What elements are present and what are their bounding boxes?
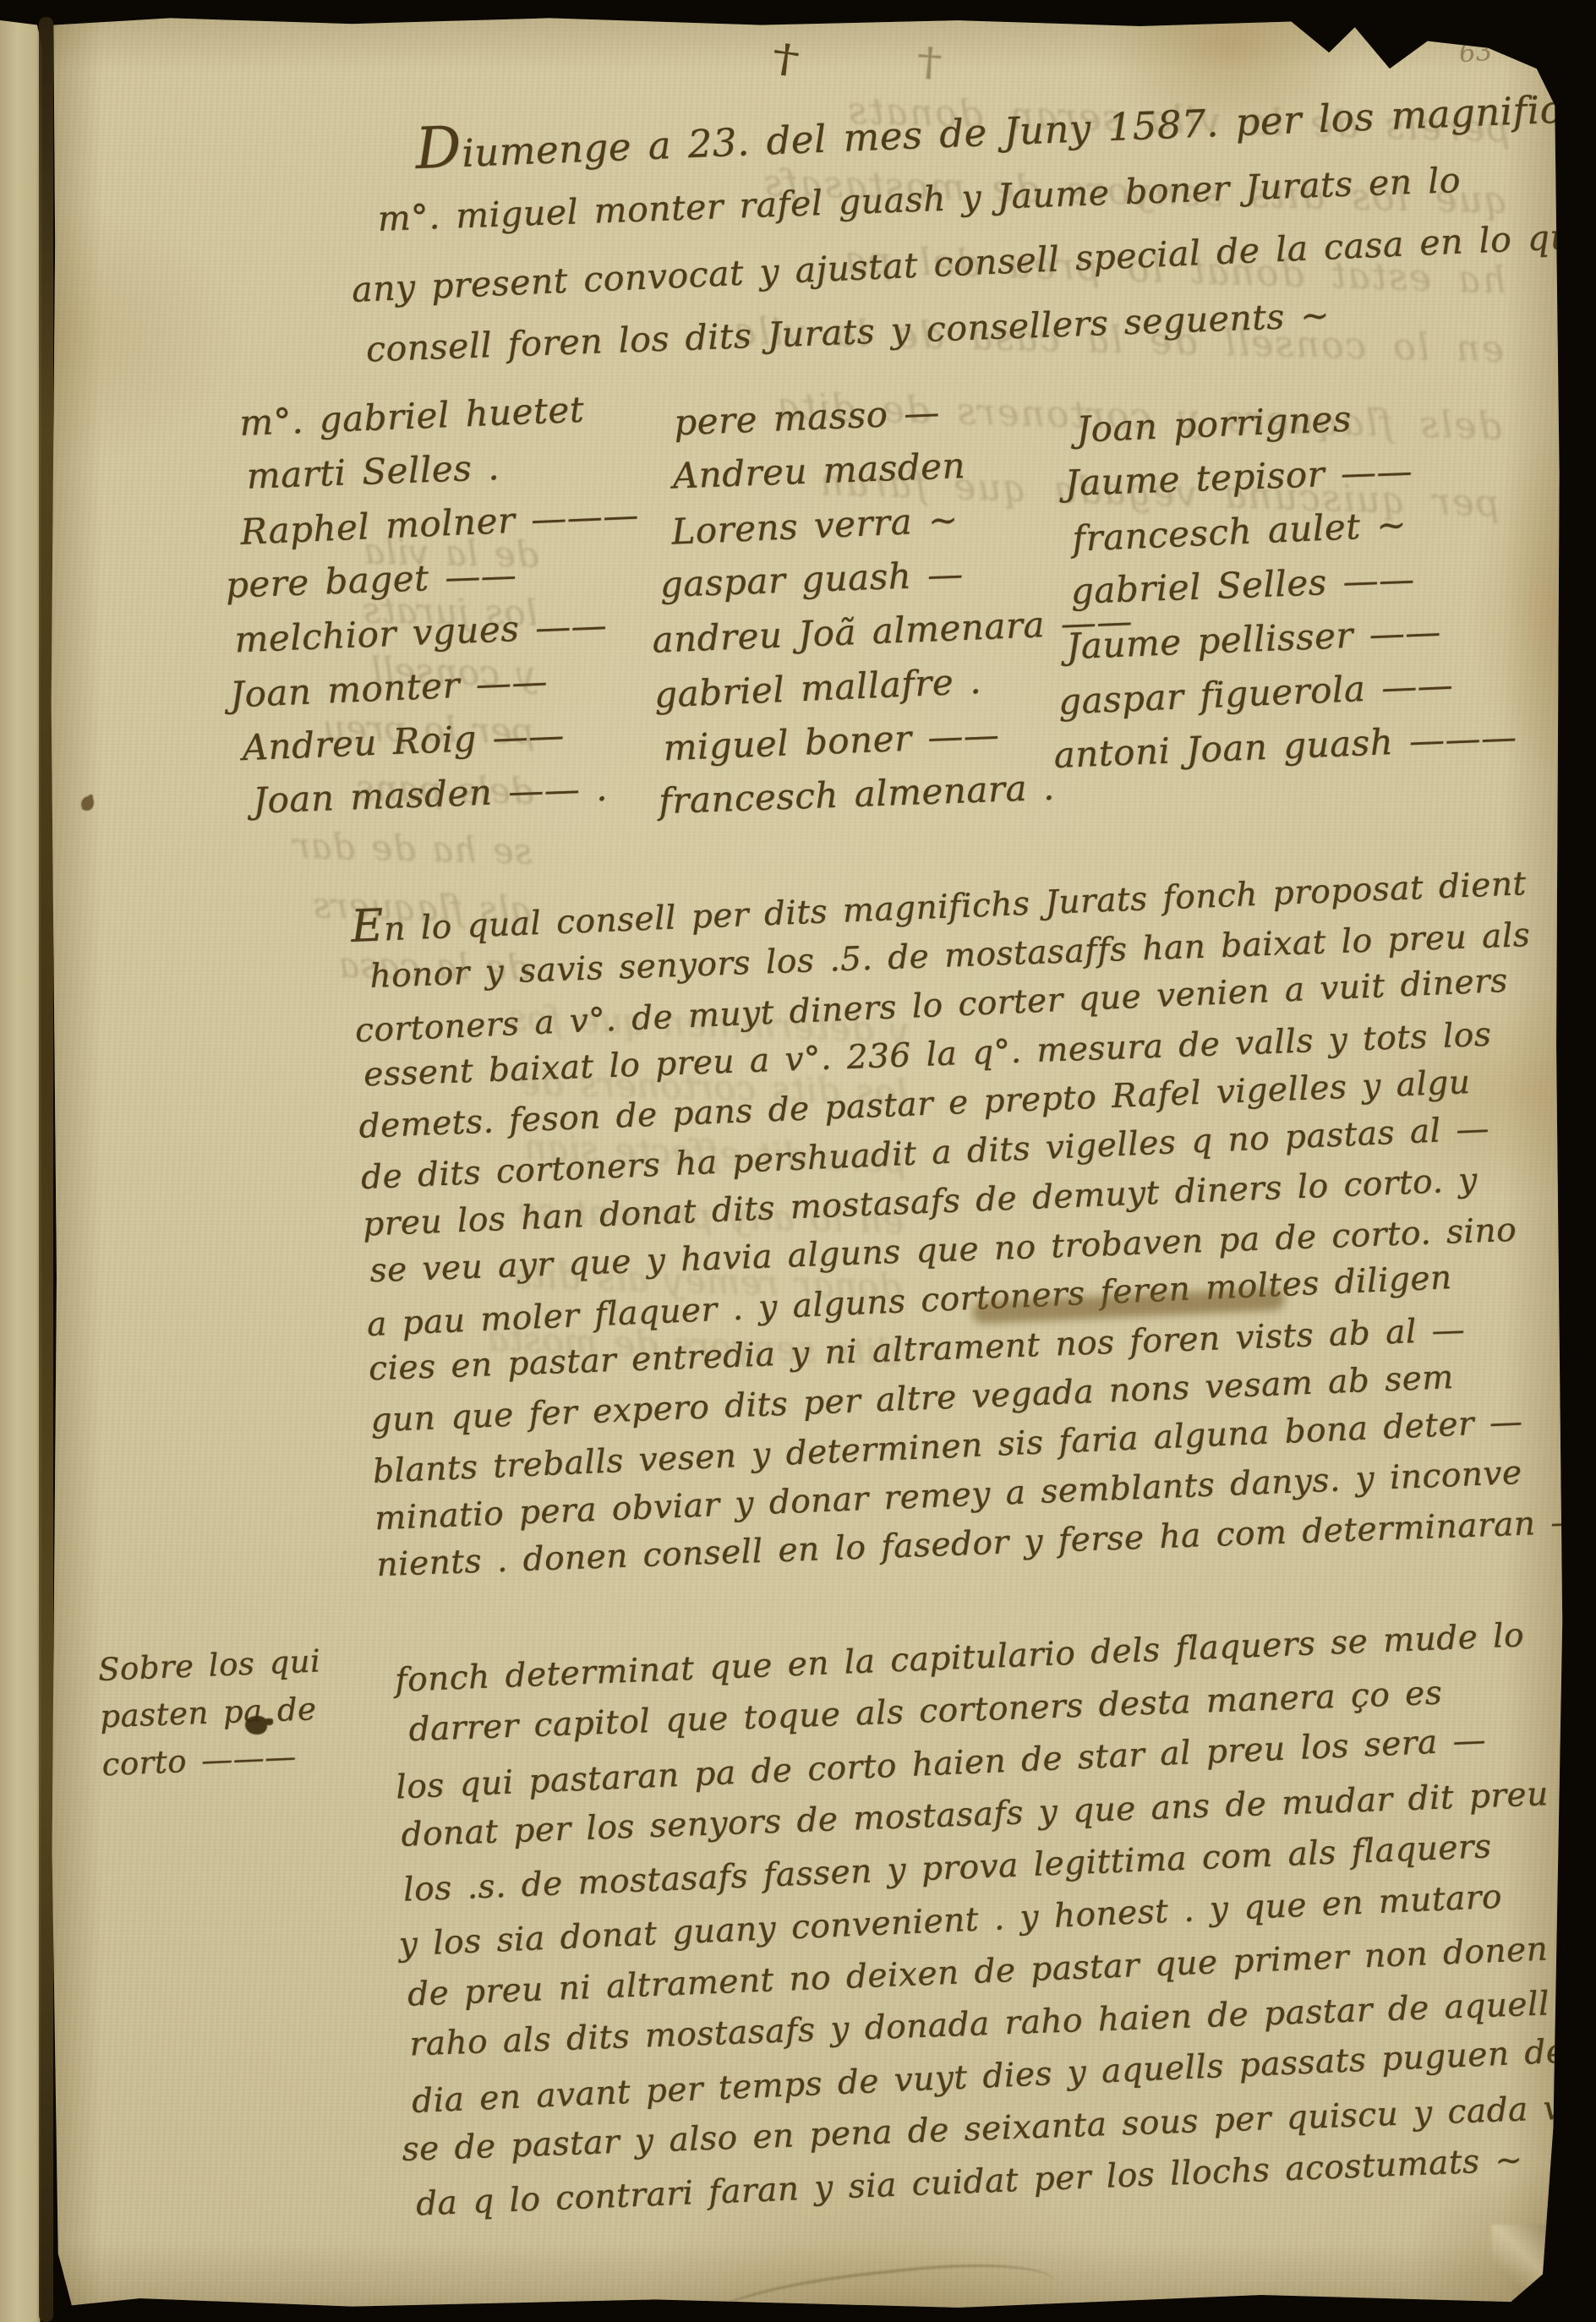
ink-blot [245, 1716, 267, 1735]
margin-note-line: corto ——— [101, 1732, 325, 1789]
margin-note-line: pasten pa de [99, 1685, 323, 1740]
entry-heading: Diumenge a 23. del mes de Juny 1587. per… [355, 68, 1596, 385]
corner-fold [1491, 2225, 1567, 2309]
paper-crease [691, 2254, 1056, 2322]
margin-note: Sobre los qui pasten pa de corto ——— [97, 1637, 325, 1788]
roster-column-1: m°. gabriel huetet marti Selles . Raphel… [218, 380, 651, 829]
roster-column-3: Joan porrignes Jaume tepisor —— francesc… [1048, 385, 1518, 782]
binding-gutter-shadow [39, 17, 53, 2322]
folio-number: 63 [1458, 36, 1494, 69]
council-deliberation-paragraph: En lo qual consell per dits magnifichs J… [350, 855, 1585, 1593]
margin-note-line: Sobre los qui [97, 1637, 321, 1694]
devotional-cross-icon: † [916, 38, 944, 85]
council-determination-paragraph: fonch determinat que en la capitulario d… [394, 1607, 1596, 2232]
previous-page-edge [0, 20, 42, 2322]
manuscript-scan: { "page": { "folio_number": "63", "paper… [0, 0, 1596, 2322]
manuscript-page: perels de la vila seran donats que los d… [49, 14, 1564, 2311]
